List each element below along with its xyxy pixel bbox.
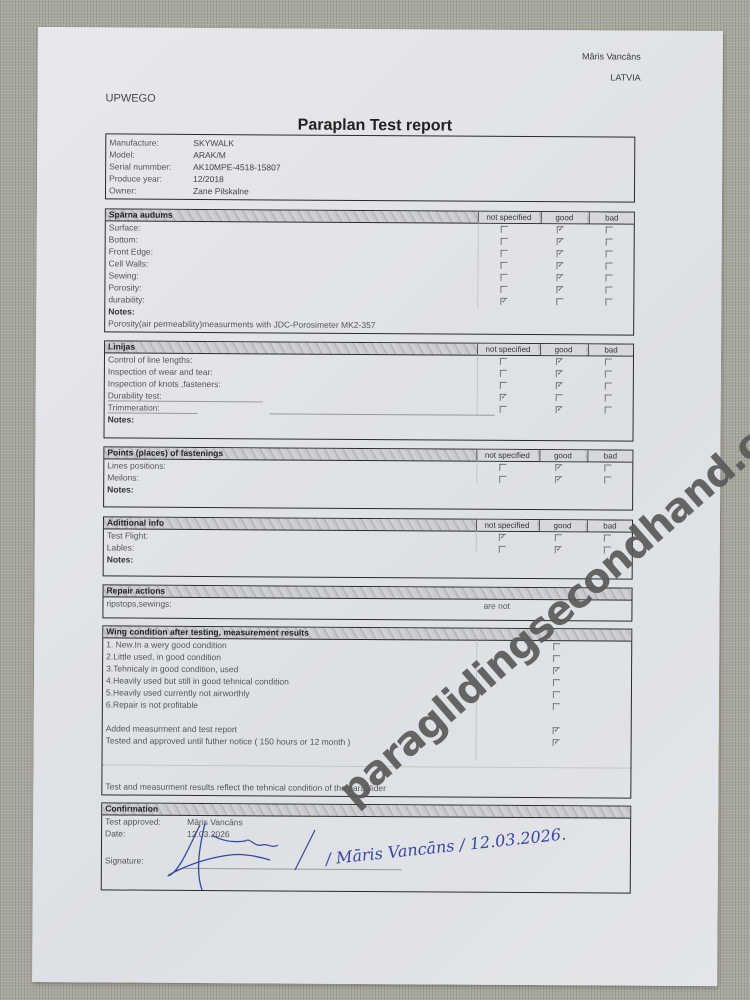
row-label: Inspection of wear and tear:	[108, 365, 213, 378]
row-label: Inspection of knots ,fasteners:	[108, 377, 221, 390]
repair-label: ripstops,sewings:	[106, 597, 171, 609]
col-good: good	[539, 450, 585, 461]
checkbox-good[interactable]: ✓	[556, 358, 563, 365]
checkbox-good[interactable]: ✓	[555, 464, 562, 471]
row-label: durability:	[108, 293, 144, 305]
repair-value: are not	[483, 600, 510, 612]
col-not-specified: not specified	[476, 520, 537, 531]
checkbox-good[interactable]: ✓	[556, 382, 563, 389]
checkbox-not-specified[interactable]	[500, 274, 507, 281]
owner-name: Māris Vancāns	[582, 51, 641, 61]
row-label: Surface:	[109, 221, 141, 233]
checkbox-not-specified[interactable]	[500, 406, 507, 413]
notes-text	[104, 565, 632, 580]
checkbox-good[interactable]: ✓	[555, 476, 562, 483]
checkbox-good[interactable]: ✓	[557, 226, 564, 233]
checkbox-not-specified[interactable]	[500, 370, 507, 377]
row-label: Test Flight:	[107, 529, 148, 541]
checkbox-bad[interactable]	[606, 250, 613, 257]
checkbox-not-specified[interactable]: ✓	[500, 394, 507, 401]
row-label: Control of line lengths:	[108, 353, 193, 366]
checkbox-bad[interactable]	[606, 238, 613, 245]
checkbox-bad[interactable]	[605, 286, 612, 293]
checkbox-bad[interactable]	[605, 274, 612, 281]
checkbox-bad[interactable]	[606, 262, 613, 269]
section-additional-info: Adittional infonot specifiedgoodbadTest …	[103, 516, 633, 579]
checkbox-good[interactable]	[556, 298, 563, 305]
checkbox-not-specified[interactable]	[501, 262, 508, 269]
section-lines: Linijasnot specifiedgoodbadControl of li…	[103, 340, 634, 441]
condition-checkbox[interactable]	[553, 655, 560, 662]
extra-checkbox[interactable]: ✓	[553, 727, 560, 734]
checkbox-bad[interactable]	[605, 394, 612, 401]
signature-label: Signature:	[105, 855, 144, 865]
col-good: good	[541, 212, 587, 223]
row-label: Sewing:	[108, 269, 138, 281]
checkbox-not-specified[interactable]	[500, 286, 507, 293]
checkbox-good[interactable]: ✓	[557, 238, 564, 245]
handwritten-signature: / Māris Vancāns / 12.03.2026.	[150, 815, 550, 900]
checkbox-good[interactable]: ✓	[555, 546, 562, 553]
col-not-specified: not specified	[477, 344, 538, 355]
checkbox-good[interactable]: ✓	[557, 250, 564, 257]
checkbox-good[interactable]: ✓	[556, 406, 563, 413]
col-bad: bad	[588, 344, 633, 355]
additional-info-title: Adittional info	[107, 517, 164, 528]
checkbox-bad[interactable]	[604, 476, 611, 483]
lines-title: Linijas	[108, 341, 135, 352]
notes-text: Porosity(air permeability)measurments wi…	[105, 317, 633, 332]
condition-checkbox[interactable]: ✓	[553, 667, 560, 674]
col-not-specified: not specified	[478, 212, 539, 223]
col-not-specified: not specified	[476, 450, 537, 461]
wing-fabric-title: Spārna audums	[109, 209, 173, 220]
extra-checkbox[interactable]: ✓	[553, 739, 560, 746]
fastening-points-title: Points (places) of fastenings	[107, 447, 223, 459]
col-bad: bad	[587, 450, 632, 461]
section-wing-fabric: Spārna audumsnot specifiedgoodbadSurface…	[104, 208, 635, 335]
checkbox-not-specified[interactable]	[501, 250, 508, 257]
row-label: Cell Walls:	[109, 257, 149, 269]
condition-checkbox[interactable]	[553, 691, 560, 698]
checkbox-good[interactable]: ✓	[557, 262, 564, 269]
checkbox-good[interactable]: ✓	[556, 370, 563, 377]
row-label: Meilons:	[107, 471, 139, 483]
checkbox-bad[interactable]	[605, 298, 612, 305]
col-good: good	[539, 520, 585, 531]
checkbox-good[interactable]	[555, 534, 562, 541]
notes-text	[104, 425, 632, 440]
row-label: Front Edge:	[109, 245, 153, 257]
checkbox-not-specified[interactable]	[500, 358, 507, 365]
wing-condition-title: Wing condition after testing, measuremen…	[106, 626, 309, 638]
identification-box: Manufacture: SKYWALK Model: ARAK/M Seria…	[105, 133, 635, 202]
checkbox-not-specified[interactable]	[501, 238, 508, 245]
checkbox-good[interactable]: ✓	[556, 286, 563, 293]
checkbox-not-specified[interactable]: ✓	[499, 534, 506, 541]
checkbox-not-specified[interactable]	[501, 226, 508, 233]
checkbox-not-specified[interactable]	[499, 546, 506, 553]
condition-checkbox[interactable]	[553, 679, 560, 686]
checkbox-not-specified[interactable]	[500, 382, 507, 389]
condition-checkbox[interactable]	[553, 703, 560, 710]
row-label: Bottom:	[109, 233, 138, 245]
owner-country: LATVIA	[610, 72, 640, 82]
row-label: Lines positions:	[107, 459, 166, 471]
company-name: UPWEGO	[106, 92, 156, 104]
notes-text	[104, 495, 632, 510]
checkbox-bad[interactable]	[605, 370, 612, 377]
checkbox-bad[interactable]	[606, 226, 613, 233]
date-label: Date:	[105, 827, 125, 839]
checkbox-not-specified[interactable]	[499, 464, 506, 471]
checkbox-bad[interactable]	[605, 358, 612, 365]
section-fastening-points: Points (places) of fasteningsnot specifi…	[103, 446, 633, 510]
checkbox-bad[interactable]	[605, 382, 612, 389]
confirmation-title: Confirmation	[105, 803, 158, 814]
col-bad: bad	[589, 212, 634, 223]
row-label: Porosity:	[108, 281, 141, 293]
row-label: Lables:	[107, 541, 134, 553]
col-good: good	[540, 344, 586, 355]
checkbox-bad[interactable]	[604, 464, 611, 471]
repair-title: Repair actions	[107, 585, 166, 596]
checkbox-bad[interactable]	[605, 406, 612, 413]
checkbox-not-specified[interactable]	[499, 476, 506, 483]
checkbox-not-specified[interactable]: ✓	[500, 298, 507, 305]
field-owner: Owner: Zane Pilskalne	[106, 184, 634, 199]
checkbox-good[interactable]	[556, 394, 563, 401]
checkbox-good[interactable]: ✓	[556, 274, 563, 281]
